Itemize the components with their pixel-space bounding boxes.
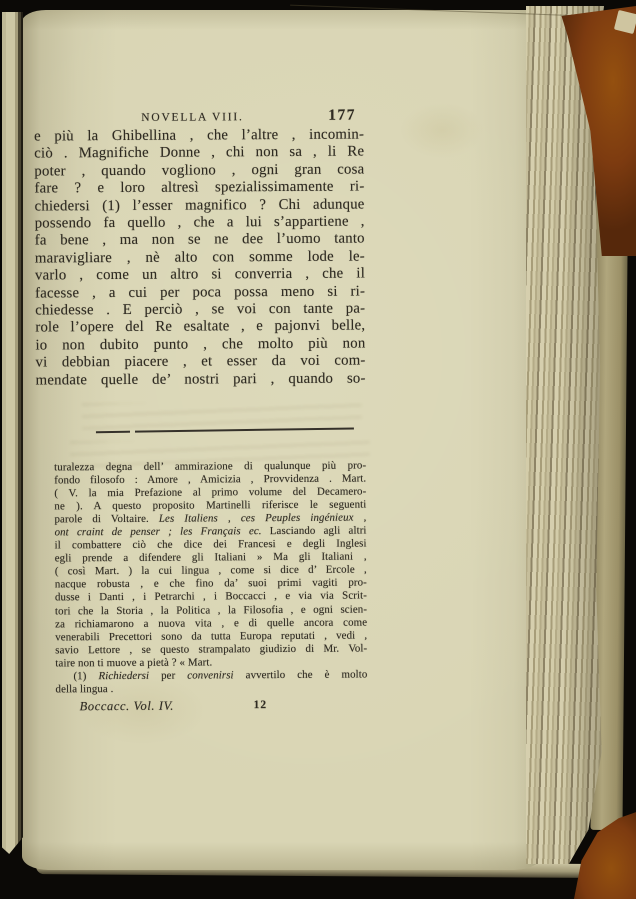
show-through-smudge bbox=[82, 402, 362, 430]
text-line: chiedersi (1) l’esser magnifico ? Chi ad… bbox=[35, 196, 365, 215]
footnote-rule bbox=[96, 427, 354, 433]
book-page: NOVELLA VIII. 177 e più la Ghibellina , … bbox=[22, 10, 544, 870]
text-line: io non dubito punto , che molto più non bbox=[35, 335, 365, 354]
text-line: della lingua . bbox=[55, 681, 367, 696]
body-text: e più la Ghibellina , che l’altre , inco… bbox=[34, 126, 366, 389]
text-line: fa bene , ma non se ne dee l’uomo tanto bbox=[35, 231, 365, 250]
volume-signature: Boccacc. Vol. IV. bbox=[80, 699, 174, 715]
text-line: maravigliare , nè alto con somme lode le… bbox=[35, 248, 365, 267]
page-text-layer: NOVELLA VIII. 177 e più la Ghibellina , … bbox=[19, 8, 546, 871]
text-line: poter , quando vogliono , ogni gran cosa bbox=[34, 161, 364, 180]
text-line: e più la Ghibellina , che l’altre , inco… bbox=[34, 126, 364, 145]
footnote-text: turalezza degna dell’ ammirazione di qua… bbox=[54, 459, 367, 696]
text-line: facesse , a cui per poca possa meno si r… bbox=[35, 283, 365, 302]
text-line: possendo fa quello , che a lui s’apparti… bbox=[35, 214, 365, 233]
text-line: (1) Richiedersi per convenirsi avvertilo… bbox=[55, 668, 367, 683]
text-line: savio Lettore , se questo strampalato gi… bbox=[55, 642, 367, 657]
facing-page-sliver bbox=[0, 12, 23, 854]
gathering-number: 12 bbox=[254, 699, 268, 711]
text-line: mendate quelle de’ nostri pari , quando … bbox=[36, 370, 366, 389]
text-line: fare ? e loro altresì spezialissimamente… bbox=[34, 179, 364, 198]
text-line: chiedesse . E perciò , se voi con tante … bbox=[35, 301, 365, 320]
chapter-heading: NOVELLA VIII. bbox=[141, 111, 243, 124]
page-number: 177 bbox=[328, 107, 356, 125]
book-scan: NOVELLA VIII. 177 e più la Ghibellina , … bbox=[0, 0, 636, 899]
page-footer: Boccacc. Vol. IV. 12 bbox=[56, 697, 368, 715]
text-line: role l’opere del Re esaltate , e pajonvi… bbox=[35, 318, 365, 337]
text-line: varlo , come un altro si converria , che… bbox=[35, 266, 365, 285]
text-line: ciò . Magnifiche Donne , chi non sa , li… bbox=[34, 144, 364, 163]
text-line: vi debbian piacere , et esser da voi com… bbox=[35, 353, 365, 372]
